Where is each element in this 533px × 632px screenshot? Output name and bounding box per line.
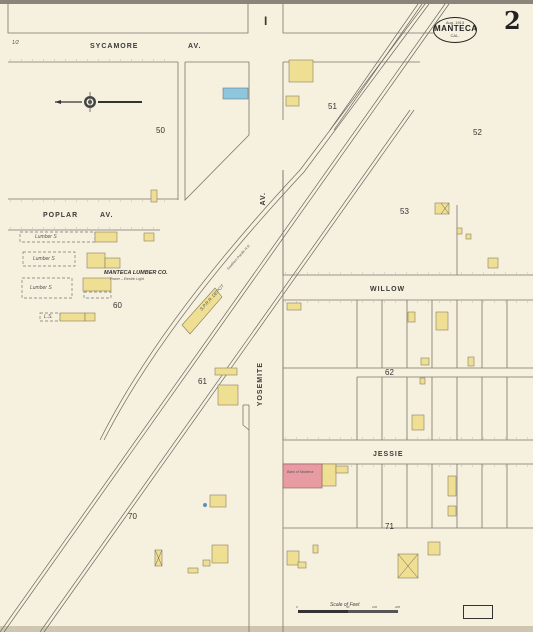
sheet-number: 2 bbox=[504, 6, 521, 35]
frame-building bbox=[289, 60, 313, 82]
tank-icon bbox=[203, 503, 207, 507]
street-sycamore: SYCAMORE bbox=[90, 43, 138, 50]
top-marker: I bbox=[264, 14, 268, 28]
town-name: MANTECA bbox=[434, 25, 476, 33]
scale-label: Scale of Feet bbox=[330, 602, 359, 608]
frame-building bbox=[488, 258, 498, 268]
frame-building bbox=[218, 385, 238, 405]
street-poplar-av: AV. bbox=[100, 212, 114, 219]
block-number: 60 bbox=[113, 301, 122, 310]
frame-building bbox=[105, 258, 120, 268]
frame-building bbox=[188, 568, 198, 573]
frame-building bbox=[420, 378, 425, 384]
frame-building bbox=[287, 303, 301, 310]
concrete-building bbox=[223, 88, 248, 99]
frame-building bbox=[466, 234, 471, 239]
frame-building bbox=[95, 232, 117, 242]
block-outline bbox=[8, 4, 248, 33]
frame-building bbox=[85, 313, 95, 321]
town-cartouche: Aug. 1913 MANTECA CAL. bbox=[433, 17, 477, 43]
frame-building bbox=[448, 506, 456, 516]
block-number: 70 bbox=[128, 512, 137, 521]
street-yosemite-av: AV. bbox=[260, 192, 267, 206]
block-number: 52 bbox=[473, 128, 482, 137]
lumber-pile bbox=[84, 292, 111, 298]
street-yosemite: YOSEMITE bbox=[257, 362, 264, 406]
lumber-company-label: MANTECA LUMBER CO. bbox=[104, 270, 168, 276]
frame-building bbox=[60, 313, 85, 321]
block-number: 53 bbox=[400, 207, 409, 216]
frame-building bbox=[144, 233, 154, 241]
block-number: 50 bbox=[156, 126, 165, 135]
frame-building bbox=[83, 278, 111, 291]
legend-box bbox=[463, 605, 493, 619]
compass-rose-icon bbox=[55, 92, 142, 112]
lumber-pile bbox=[20, 232, 95, 242]
street-sycamore-av: AV. bbox=[188, 43, 202, 50]
scale-tick: 100 bbox=[372, 605, 377, 609]
map-ref: 1/2 bbox=[12, 40, 19, 46]
frame-building bbox=[210, 495, 226, 507]
lumber-pile-label: L.S. bbox=[44, 314, 53, 320]
lumber-company-note: Power – Electric Light bbox=[110, 277, 144, 281]
frame-building bbox=[203, 560, 210, 566]
lumber-pile-label: Lumber S bbox=[33, 256, 55, 262]
bank-building bbox=[283, 464, 322, 488]
block-number: 51 bbox=[328, 102, 337, 111]
frame-building bbox=[408, 312, 415, 322]
frame-building bbox=[412, 415, 424, 430]
scale-tick: 0 bbox=[296, 605, 298, 609]
street-willow: WILLOW bbox=[370, 286, 405, 293]
frame-building bbox=[286, 96, 299, 106]
frame-building bbox=[336, 466, 348, 473]
lumber-pile-label: Lumber S bbox=[30, 285, 52, 291]
lumber-pile-label: Lumber S bbox=[35, 234, 57, 240]
scale-bar bbox=[298, 610, 398, 613]
frame-building bbox=[421, 358, 429, 365]
frame-building bbox=[298, 562, 306, 568]
street-jessie: JESSIE bbox=[373, 451, 404, 458]
sanborn-map-sheet: Aug. 1913 MANTECA CAL. 2 SYCAMORE AV. PO… bbox=[0, 0, 533, 632]
frame-building bbox=[215, 368, 237, 375]
frame-building bbox=[436, 312, 448, 330]
scale-tick: 50 bbox=[346, 605, 349, 609]
frame-building bbox=[322, 464, 336, 486]
state-name: CAL. bbox=[434, 33, 476, 38]
street-poplar: POPLAR bbox=[43, 212, 78, 219]
frame-building bbox=[87, 253, 105, 268]
frame-building bbox=[448, 476, 456, 496]
frame-building bbox=[151, 190, 157, 202]
scale-tick: 200 bbox=[395, 605, 400, 609]
frame-building bbox=[468, 357, 474, 366]
block-number: 62 bbox=[385, 368, 394, 377]
block-outline bbox=[283, 4, 440, 33]
frame-building bbox=[287, 551, 299, 565]
block-number: 61 bbox=[198, 377, 207, 386]
frame-building bbox=[212, 545, 228, 563]
map-drawing bbox=[0, 0, 533, 632]
frame-building bbox=[457, 228, 462, 234]
frame-building bbox=[313, 545, 318, 553]
frame-building bbox=[428, 542, 440, 555]
block-number: 71 bbox=[385, 522, 394, 531]
bank-label: Bank of Manteca bbox=[287, 470, 313, 474]
